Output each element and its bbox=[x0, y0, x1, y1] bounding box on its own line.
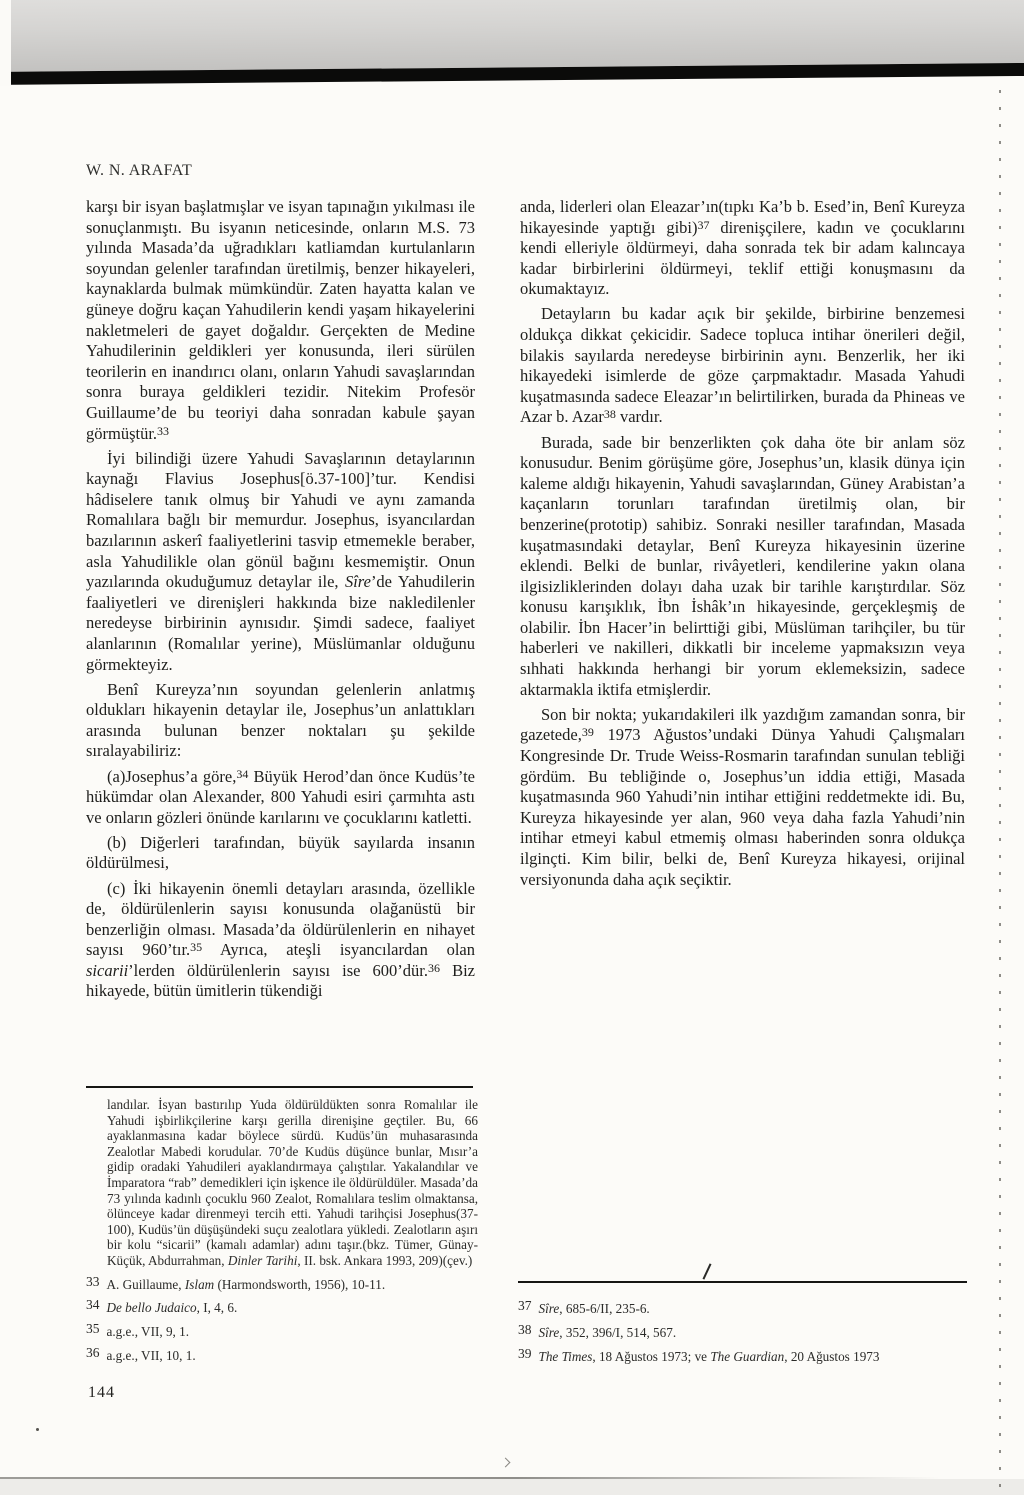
text-segment: Dinler Tarihi bbox=[228, 1253, 298, 1268]
text-segment: Sîre bbox=[345, 572, 371, 591]
footnotes-left: landılar. İsyan bastırılıp Yuda öldürüld… bbox=[86, 1097, 478, 1364]
footnote-number: 34 bbox=[86, 1297, 100, 1312]
paragraph: karşı bir isyan başlatmışlar ve isyan ta… bbox=[86, 197, 475, 444]
binding-stitch-marks bbox=[999, 90, 1001, 1490]
text-segment: (b) Diğerleri tarafından, büyük sayılard… bbox=[86, 833, 475, 873]
footnote-list-left: 33A. Guillaume, Islam (Harmondsworth, 19… bbox=[86, 1274, 478, 1364]
scan-gutter-gray-band bbox=[0, 0, 1024, 72]
left-text-column: karşı bir isyan başlatmışlar ve isyan ta… bbox=[86, 197, 475, 1007]
running-header: W. N. ARAFAT bbox=[86, 162, 192, 180]
footnote-item: 37Sîre, 685-6/II, 235-6. bbox=[518, 1298, 970, 1317]
text-segment: The Times bbox=[539, 1349, 593, 1364]
footnote-continuation: landılar. İsyan bastırılıp Yuda öldürüld… bbox=[86, 1097, 478, 1269]
page-bottom-edge-area bbox=[0, 1479, 1024, 1495]
footnote-number: 33 bbox=[86, 1274, 100, 1289]
scanned-book-page: W. N. ARAFAT karşı bir isyan başlatmışla… bbox=[0, 0, 1024, 1495]
text-segment: Sîre bbox=[539, 1325, 560, 1340]
paragraph: Burada, sade bir benzerlikten çok daha ö… bbox=[520, 433, 965, 701]
scan-slash-artifact bbox=[703, 1263, 712, 1279]
text-segment: , 685-6/II, 235-6. bbox=[559, 1301, 649, 1316]
footnote-number: 39 bbox=[518, 1346, 532, 1361]
footnote-list-right: 37Sîre, 685-6/II, 235-6.38Sîre, 352, 396… bbox=[518, 1298, 970, 1364]
text-segment: , 20 Ağustos 1973 bbox=[784, 1349, 879, 1364]
paragraph: Benî Kureyza’nın soyundan gelenlerin anl… bbox=[86, 680, 475, 762]
text-segment: A. Guillaume, bbox=[107, 1277, 185, 1292]
footnote-number: 35 bbox=[86, 1321, 100, 1336]
text-segment: , 18 Ağustos 1973; ve bbox=[592, 1349, 710, 1364]
text-segment: a.g.e., VII, 9, 1. bbox=[107, 1324, 190, 1339]
footnote-item: 34De bello Judaico, I, 4, 6. bbox=[86, 1297, 478, 1316]
footnote-number: 36 bbox=[86, 1345, 100, 1360]
footnote-reference: 36 bbox=[428, 961, 440, 975]
paragraph: (b) Diğerleri tarafından, büyük sayılard… bbox=[86, 833, 475, 874]
text-segment: İyi bilindiği üzere Yahudi Savaşlarının … bbox=[86, 449, 475, 592]
scan-corner-sliver bbox=[0, 0, 11, 86]
text-segment: Detayların bu kadar açık bir şekilde, bi… bbox=[520, 304, 965, 426]
text-segment: Benî Kureyza’nın soyundan gelenlerin anl… bbox=[86, 680, 475, 761]
text-segment: , II. bsk. Ankara 1993, 209)(çev.) bbox=[297, 1253, 472, 1268]
footnote-reference: 39 bbox=[582, 725, 594, 739]
footnote-reference: 34 bbox=[236, 767, 248, 781]
scan-dot-artifact bbox=[36, 1428, 39, 1431]
text-segment: ’lerden öldürülenlerin sayısı ise 600’dü… bbox=[128, 961, 428, 980]
text-segment: vardır. bbox=[616, 407, 663, 426]
text-segment: Islam bbox=[185, 1277, 214, 1292]
paragraph: anda, liderleri olan Eleazar’ın(tıpkı Ka… bbox=[520, 197, 965, 300]
footnote-reference: 35 bbox=[190, 940, 202, 954]
text-segment: sicarii bbox=[86, 961, 128, 980]
footnote-item: 38Sîre, 352, 396/I, 514, 567. bbox=[518, 1322, 970, 1341]
footnote-reference: 38 bbox=[604, 407, 616, 421]
text-segment: De bello Judaico bbox=[107, 1300, 197, 1315]
scan-chevron-artifact bbox=[501, 1458, 511, 1468]
paragraph: İyi bilindiği üzere Yahudi Savaşlarının … bbox=[86, 449, 475, 676]
paragraph: Son bir nokta; yukarıdakileri ilk yazdığ… bbox=[520, 705, 965, 890]
text-segment: Sîre bbox=[539, 1301, 560, 1316]
text-segment: (Harmondsworth, 1956), 10-11. bbox=[214, 1277, 385, 1292]
text-segment: , 352, 396/I, 514, 567. bbox=[559, 1325, 676, 1340]
footnote-item: 35a.g.e., VII, 9, 1. bbox=[86, 1321, 478, 1340]
text-segment: karşı bir isyan başlatmışlar ve isyan ta… bbox=[86, 197, 475, 443]
paragraph: (c) İki hikayenin önemli detayları arası… bbox=[86, 879, 475, 1003]
text-segment: landılar. İsyan bastırılıp Yuda öldürüld… bbox=[107, 1097, 478, 1268]
text-segment: Ayrıca, ateşli isyancılardan olan bbox=[202, 940, 475, 959]
footnote-separator-right bbox=[518, 1281, 967, 1283]
footnote-item: 33A. Guillaume, Islam (Harmondsworth, 19… bbox=[86, 1274, 478, 1293]
footnote-reference: 37 bbox=[698, 218, 710, 232]
footnote-item: 39The Times, 18 Ağustos 1973; ve The Gua… bbox=[518, 1346, 970, 1365]
footnote-number: 38 bbox=[518, 1322, 532, 1337]
page-bottom-edge-line bbox=[0, 1477, 940, 1479]
text-segment: The Guardian bbox=[710, 1349, 784, 1364]
paragraph: (a)Josephus’a göre,34 Büyük Herod’dan ön… bbox=[86, 767, 475, 829]
text-segment: 1973 Ağustos’undaki Dünya Yahudi Çalışma… bbox=[520, 725, 965, 888]
text-segment: (a)Josephus’a göre, bbox=[107, 767, 236, 786]
text-segment: a.g.e., VII, 10, 1. bbox=[107, 1348, 196, 1363]
footnote-number: 37 bbox=[518, 1298, 532, 1313]
page-number: 144 bbox=[88, 1384, 115, 1402]
text-segment: Burada, sade bir benzerlikten çok daha ö… bbox=[520, 433, 965, 699]
right-text-column: anda, liderleri olan Eleazar’ın(tıpkı Ka… bbox=[520, 197, 965, 895]
footnotes-right: 37Sîre, 685-6/II, 235-6.38Sîre, 352, 396… bbox=[518, 1293, 970, 1364]
text-segment: , I, 4, 6. bbox=[197, 1300, 238, 1315]
footnote-separator-left bbox=[86, 1086, 473, 1088]
paragraph: Detayların bu kadar açık bir şekilde, bi… bbox=[520, 304, 965, 428]
footnote-item: 36a.g.e., VII, 10, 1. bbox=[86, 1345, 478, 1364]
footnote-reference: 33 bbox=[157, 424, 169, 438]
